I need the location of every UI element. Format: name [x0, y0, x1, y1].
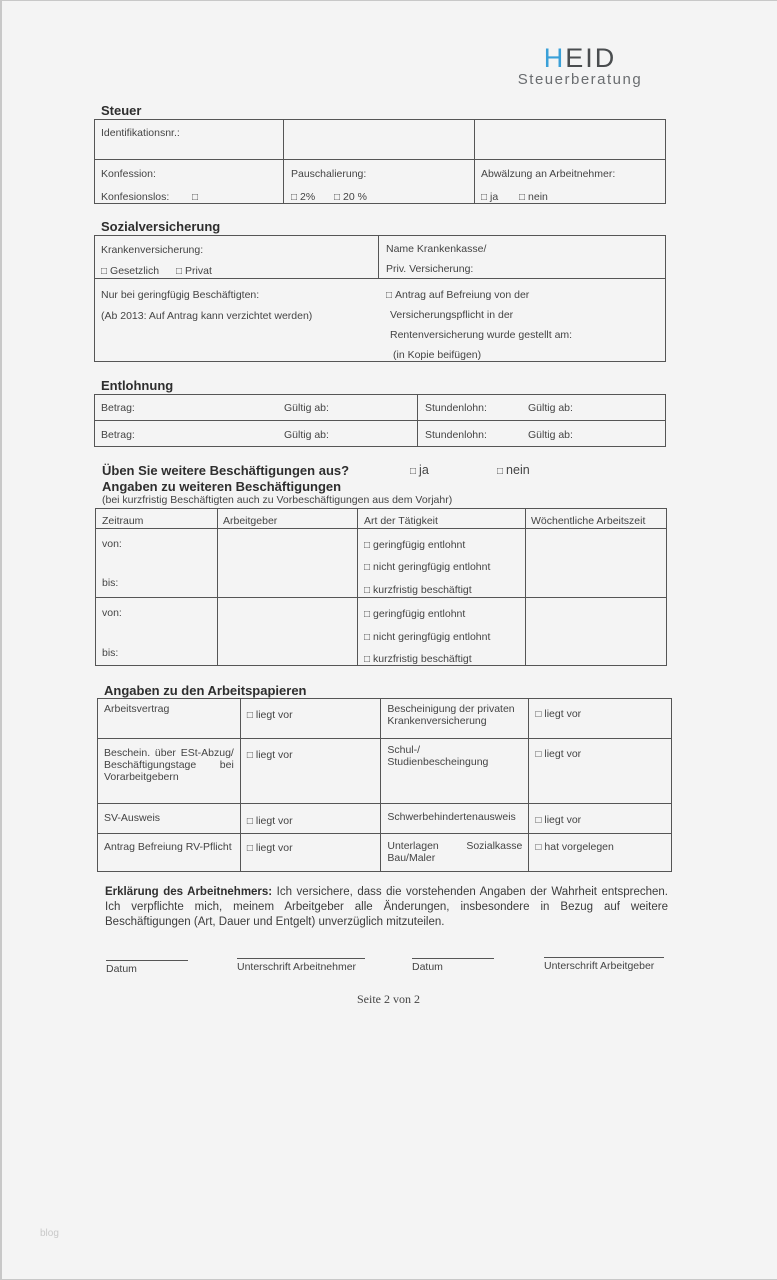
antrag-rv-checkbox[interactable]: liegt vor — [247, 842, 293, 854]
weitere-ja-checkbox[interactable]: ja — [410, 463, 429, 477]
arbeitspapiere-table: Arbeitsvertrag liegt vor Bescheinigung d… — [97, 698, 672, 872]
geringfuegig-entlohnt-checkbox-1[interactable]: geringfügig entlohnt — [364, 539, 465, 551]
betrag-label-2: Betrag: — [101, 429, 135, 441]
gueltig-ab-label-1b: Gültig ab: — [528, 402, 573, 414]
abwaelzung-nein-checkbox[interactable]: nein — [519, 191, 548, 203]
table-row: SV-Ausweis liegt vor Schwerbehindertenau… — [98, 804, 672, 834]
nicht-geringfuegig-checkbox-2[interactable]: nicht geringfügig entlohnt — [364, 631, 490, 643]
schwerbehindertenausweis-checkbox[interactable]: liegt vor — [535, 814, 581, 826]
papier-arbeitsvertrag: Arbeitsvertrag — [98, 699, 241, 739]
logo-brand-text: EID — [565, 43, 616, 73]
section-title-arbeitspapiere: Angaben zu den Arbeitspapieren — [104, 683, 307, 698]
privat-checkbox[interactable]: Privat — [176, 265, 212, 277]
sv-ausweis-checkbox[interactable]: liegt vor — [247, 815, 293, 827]
von-label-2: von: — [102, 607, 122, 619]
identification-number-field-1[interactable] — [285, 121, 472, 158]
private-versicherung-label: Priv. Versicherung: — [386, 263, 473, 275]
signature-line-date-employer[interactable] — [412, 958, 494, 959]
stundenlohn-label-2: Stundenlohn: — [425, 429, 487, 441]
arbeitszeit-field-2[interactable] — [527, 599, 665, 665]
gesetzlich-checkbox[interactable]: Gesetzlich — [101, 265, 159, 277]
date-label-employee: Datum — [106, 963, 137, 975]
identification-number-label: Identifikationsnr.: — [101, 127, 180, 139]
bescheinigung-pkv-checkbox[interactable]: liegt vor — [535, 708, 581, 720]
geringfuegig-note: (Ab 2013: Auf Antrag kann verzichtet wer… — [101, 310, 312, 322]
section-title-sozialversicherung: Sozialversicherung — [101, 219, 220, 234]
table-row: Antrag Befreiung RV-Pflicht liegt vor Un… — [98, 834, 672, 872]
studienbescheinigung-checkbox[interactable]: liegt vor — [535, 748, 581, 760]
geringfuegig-entlohnt-checkbox-2[interactable]: geringfügig entlohnt — [364, 608, 465, 620]
nicht-geringfuegig-checkbox-1[interactable]: nicht geringfügig entlohnt — [364, 561, 490, 573]
bis-label-2: bis: — [102, 647, 118, 659]
est-abzug-checkbox[interactable]: liegt vor — [247, 749, 293, 761]
arbeitszeit-field-1[interactable] — [527, 530, 665, 596]
papier-studienbescheinigung: Schul-/ Studienbescheingung — [381, 739, 529, 804]
gueltig-ab-label-1a: Gültig ab: — [284, 402, 329, 414]
papier-schwerbehindertenausweis: Schwerbehindertenausweis — [381, 804, 529, 834]
geringfuegig-label: Nur bei geringfügig Beschäftigten: — [101, 289, 259, 301]
arbeitsvertrag-checkbox[interactable]: liegt vor — [247, 709, 293, 721]
identification-number-field-2[interactable] — [476, 121, 664, 158]
signature-line-employer[interactable] — [544, 957, 664, 958]
header-art-der-taetigkeit: Art der Tätigkeit — [364, 515, 438, 527]
signature-line-date-employee[interactable] — [106, 960, 188, 961]
papier-sozialkasse-bau: Unterlagen Sozialkasse Bau/Maler — [381, 834, 529, 872]
abwaelzung-label: Abwälzung an Arbeitnehmer: — [481, 168, 615, 180]
sozialkasse-bau-checkbox[interactable]: hat vorgelegen — [535, 841, 614, 853]
weitere-nein-checkbox[interactable]: nein — [497, 463, 530, 477]
signature-label-employee: Unterschrift Arbeitnehmer — [237, 961, 356, 973]
watermark: blog — [40, 1228, 59, 1239]
rv-befreiung-text-2: Versicherungspflicht in der — [390, 309, 513, 321]
konfessionslos-label: Konfesionslos: — [101, 191, 169, 203]
weitere-subtitle: (bei kurzfristig Beschäftigten auch zu V… — [102, 494, 452, 506]
signature-line-employee[interactable] — [237, 958, 365, 959]
section-title-weitere-beschaeftigungen: Angaben zu weiteren Beschäftigungen — [102, 479, 341, 494]
declaration-heading: Erklärung des Arbeitnehmers: — [105, 886, 272, 898]
von-label-1: von: — [102, 538, 122, 550]
rv-befreiung-text-3: Rentenversicherung wurde gestellt am: — [390, 329, 572, 341]
betrag-label-1: Betrag: — [101, 402, 135, 414]
logo-subtitle: Steuerberatung — [485, 72, 675, 88]
gueltig-ab-label-2a: Gültig ab: — [284, 429, 329, 441]
pauschal-20-checkbox[interactable]: 20 % — [334, 191, 367, 203]
gueltig-ab-label-2b: Gültig ab: — [528, 429, 573, 441]
konfession-label: Konfession: — [101, 168, 156, 180]
table-row: Beschein. über ESt-Abzug/ Beschäftigungs… — [98, 739, 672, 804]
date-label-employer: Datum — [412, 961, 443, 973]
page-number: Seite 2 von 2 — [0, 992, 777, 1007]
rv-befreiung-note: (in Kopie beifügen) — [393, 349, 481, 361]
table-row: Arbeitsvertrag liegt vor Bescheinigung d… — [98, 699, 672, 739]
papier-antrag-rv: Antrag Befreiung RV-Pflicht — [98, 834, 241, 872]
papier-est-abzug: Beschein. über ESt-Abzug/ Beschäftigungs… — [98, 739, 241, 804]
abwaelzung-ja-checkbox[interactable]: ja — [481, 191, 498, 203]
bis-label-1: bis: — [102, 577, 118, 589]
section-title-entlohnung: Entlohnung — [101, 378, 173, 393]
logo-wordmark: HEID — [485, 44, 675, 72]
logo-accent-letter: H — [544, 43, 566, 73]
header-woechentliche-arbeitszeit: Wöchentliche Arbeitszeit — [531, 515, 645, 527]
pauschal-2-checkbox[interactable]: 2% — [291, 191, 315, 203]
rv-befreiung-checkbox[interactable]: Antrag auf Befreiung von der — [386, 289, 529, 301]
kurzfristig-checkbox-2[interactable]: kurzfristig beschäftigt — [364, 653, 472, 665]
pauschalierung-label: Pauschalierung: — [291, 168, 366, 180]
papier-sv-ausweis: SV-Ausweis — [98, 804, 241, 834]
weitere-beschaeftigungen-question: Üben Sie weitere Beschäftigungen aus? — [102, 463, 349, 478]
arbeitgeber-field-1[interactable] — [219, 530, 356, 596]
krankenversicherung-label: Krankenversicherung: — [101, 244, 203, 256]
header-arbeitgeber: Arbeitgeber — [223, 515, 277, 527]
signature-label-employer: Unterschrift Arbeitgeber — [544, 960, 654, 972]
konfessionslos-checkbox[interactable] — [192, 191, 201, 203]
section-title-steuer: Steuer — [101, 103, 141, 118]
arbeitgeber-field-2[interactable] — [219, 599, 356, 665]
header-zeitraum: Zeitraum — [102, 515, 143, 527]
stundenlohn-label-1: Stundenlohn: — [425, 402, 487, 414]
papier-bescheinigung-pkv: Bescheinigung der privaten Krankenversic… — [381, 699, 529, 739]
company-logo: HEID Steuerberatung — [485, 44, 675, 88]
employee-declaration: Erklärung des Arbeitnehmers: Ich versich… — [105, 885, 668, 930]
kurzfristig-checkbox-1[interactable]: kurzfristig beschäftigt — [364, 584, 472, 596]
krankenkasse-name-label: Name Krankenkasse/ — [386, 243, 486, 255]
